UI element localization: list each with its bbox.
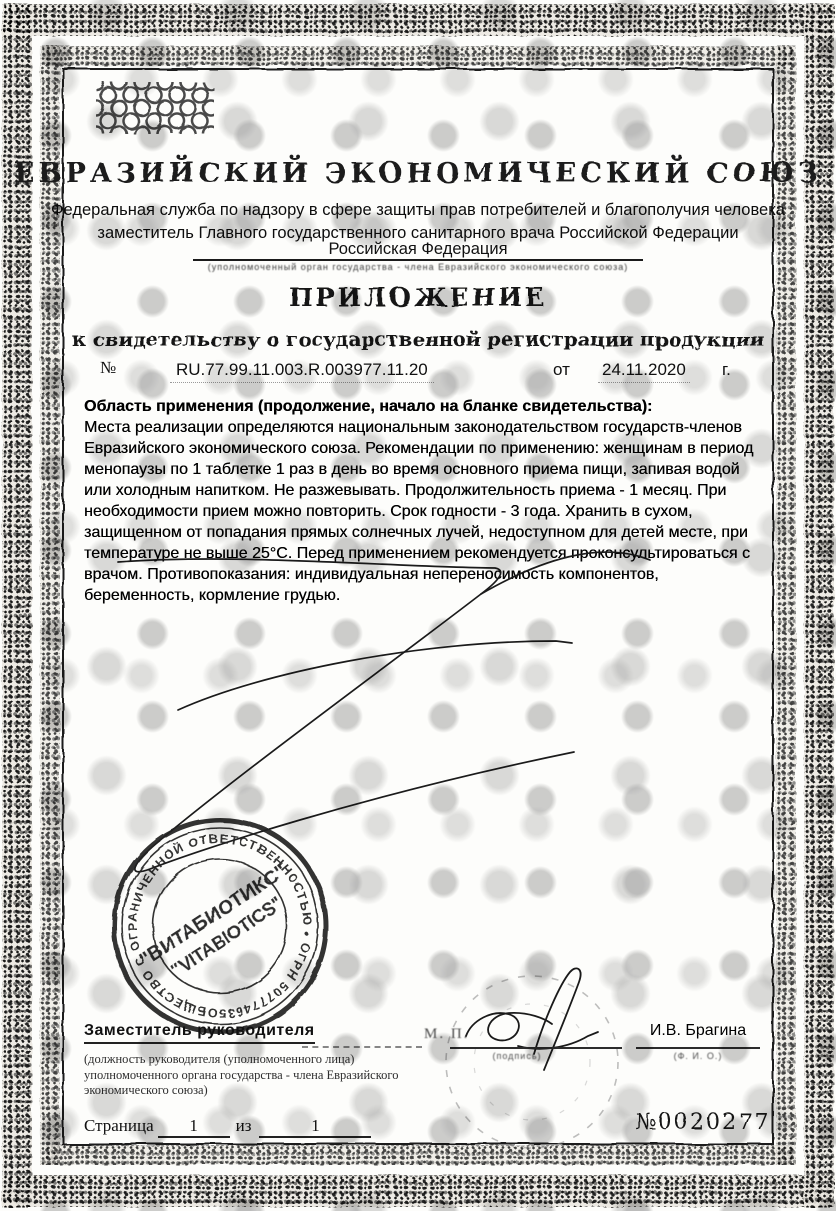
section-paragraph: Места реализации определяются национальн… xyxy=(84,419,753,604)
dashed-line xyxy=(302,1046,422,1048)
border-band-bottom xyxy=(2,1175,834,1207)
doc-title: ПРИЛОЖЕНИЕ xyxy=(0,283,836,312)
blank-number: №0020277 xyxy=(635,1110,770,1135)
company-stamp: ОБЩЕСТВО С ОГРАНИЧЕННОЙ ОТВЕТСТВЕННОСТЬЮ… xyxy=(102,808,338,1044)
agency-line-1: Федеральная служба по надзору в сфере за… xyxy=(0,201,836,220)
section-heading: Область применения (продолжение, начало … xyxy=(84,398,652,415)
year-suffix: г. xyxy=(722,360,731,380)
country-caption: (уполномоченный орган государства - член… xyxy=(0,262,836,272)
doc-subtitle: к свидетельству о государственной регист… xyxy=(0,328,836,351)
page-label: Страница xyxy=(84,1116,154,1135)
registration-number-row: № RU.77.99.11.003.R.003977.11.20 от 24.1… xyxy=(0,358,836,384)
name-line xyxy=(636,1047,760,1049)
border-band-top xyxy=(2,4,834,36)
signature-line xyxy=(450,1047,622,1049)
position-title: Заместитель руководителя xyxy=(84,1022,315,1044)
union-title: ЕВРАЗИЙСКИЙ ЭКОНОМИЧЕСКИЙ СОЮЗ xyxy=(0,158,836,189)
page-counter: Страница1из1 xyxy=(84,1116,371,1138)
registration-date: 24.11.2020 xyxy=(598,360,690,383)
page-current: 1 xyxy=(158,1116,230,1138)
country-name: Российская Федерация xyxy=(193,240,643,261)
name-caption: (Ф. И. О.) xyxy=(648,1051,748,1061)
of-label: из xyxy=(236,1116,252,1135)
signer-name: И.В. Брагина xyxy=(636,1022,760,1040)
guilloche-ornament xyxy=(96,82,214,134)
signature-caption: (подпись) xyxy=(462,1051,572,1061)
position-caption: (должность руководителя (уполномоченного… xyxy=(84,1052,419,1099)
registration-number: RU.77.99.11.003.R.003977.11.20 xyxy=(170,360,434,383)
border-band-inner-top xyxy=(44,46,792,66)
border-band-inner-bottom xyxy=(44,1145,792,1165)
country-block: Российская Федерация (уполномоченный орг… xyxy=(0,240,836,272)
page-total: 1 xyxy=(259,1116,371,1138)
date-label: от xyxy=(553,360,570,380)
application-scope-block: Область применения (продолжение, начало … xyxy=(84,396,762,606)
number-label: № xyxy=(100,358,116,378)
certificate-page: ЕВРАЗИЙСКИЙ ЭКОНОМИЧЕСКИЙ СОЮЗ Федеральн… xyxy=(0,0,836,1211)
